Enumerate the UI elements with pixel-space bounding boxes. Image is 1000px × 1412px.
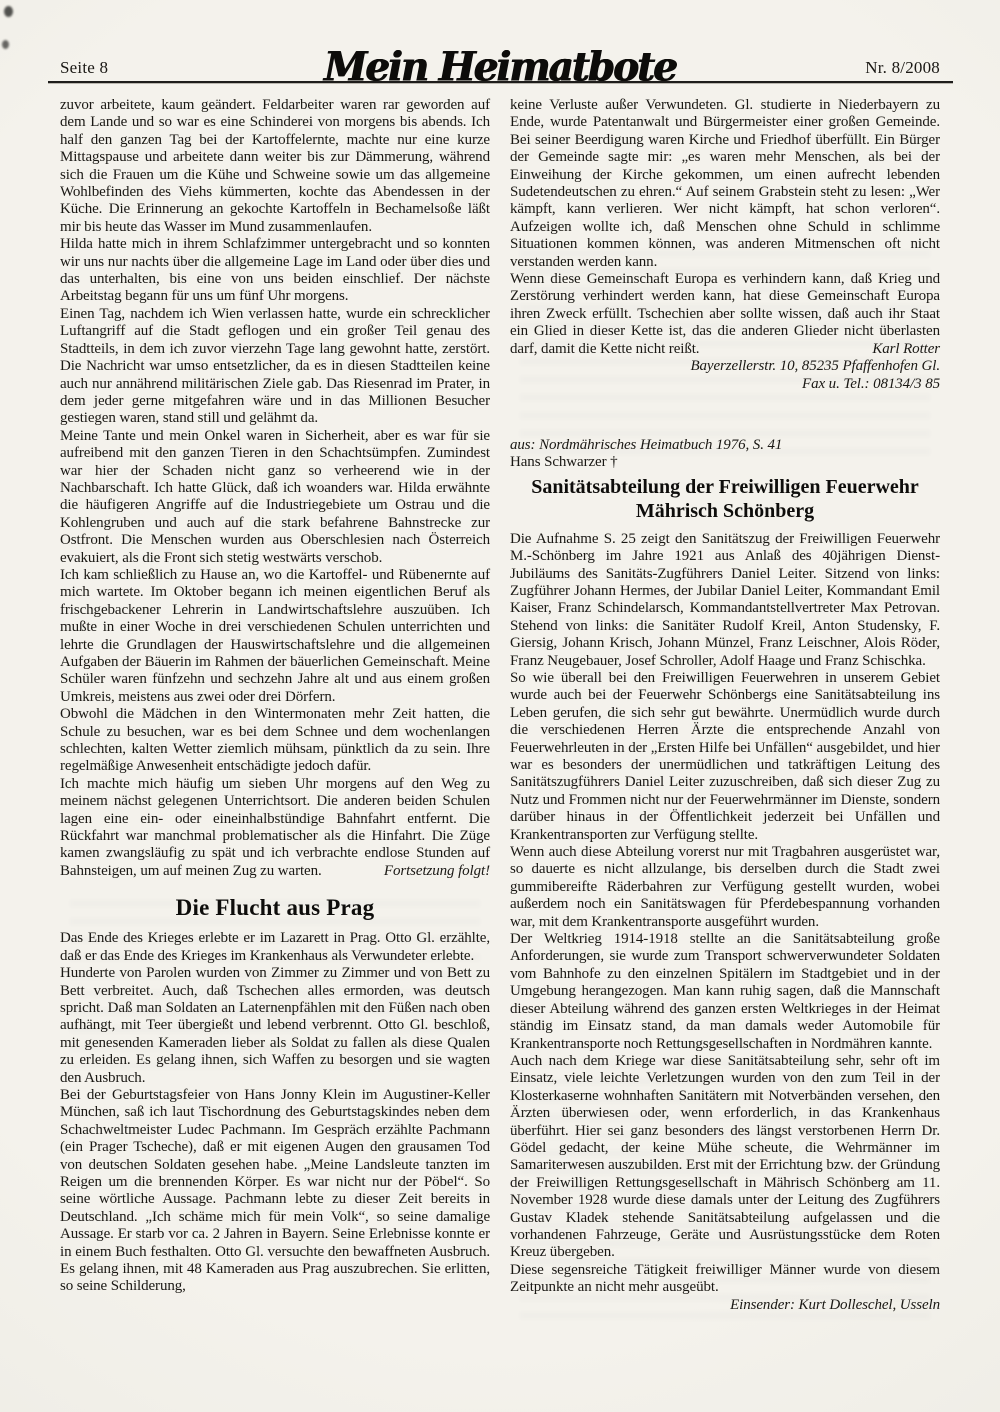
paragraph: zuvor arbeitete, kaum geändert. Feldarbe… [60, 97, 490, 236]
feature-heading-line1: Sanitätsabteilung der Freiwilligen Feuer… [531, 476, 919, 498]
left-column: zuvor arbeitete, kaum geändert. Feldarbe… [60, 97, 490, 1314]
paragraph: Die Aufnahme S. 25 zeigt den Sanitätszug… [510, 531, 940, 670]
page-header: Seite 8 Mein Heimatbote Nr. 8/2008 [0, 0, 1000, 96]
paragraph: Meine Tante und mein Onkel waren in Sich… [60, 428, 490, 567]
paragraph: Hunderte von Parolen wurden von Zimmer z… [60, 965, 490, 1087]
story-heading: Die Flucht aus Prag [60, 895, 490, 921]
submitter-line: Einsender: Kurt Dolleschel, Usseln [510, 1297, 940, 1314]
header-rule [48, 81, 953, 84]
author-line: Hans Schwarzer † [510, 454, 940, 471]
article-columns: zuvor arbeitete, kaum geändert. Feldarbe… [60, 97, 940, 1314]
feature-heading: Sanitätsabteilung der Freiwilligen Feuer… [510, 475, 940, 523]
paragraph: Bei der Geburtstagsfeier von Hans Jonny … [60, 1087, 490, 1296]
source-note: aus: Nordmährisches Heimatbuch 1976, S. … [510, 437, 940, 454]
paragraph: Einen Tag, nachdem ich Wien verlassen ha… [60, 306, 490, 428]
paragraph: Hilda hatte mich in ihrem Schlafzimmer u… [60, 236, 490, 306]
paragraph: Auch nach dem Kriege war diese Sanitätsa… [510, 1053, 940, 1262]
issue-number-label: Nr. 8/2008 [865, 58, 940, 78]
paragraph: Das Ende des Krieges erlebte er im Lazar… [60, 930, 490, 965]
signature-fax: Fax u. Tel.: 08134/3 85 [510, 376, 940, 393]
paragraph: Wenn diese Gemeinschaft Europa es verhin… [510, 271, 940, 358]
paragraph: Wenn auch diese Abteilung vorerst nur mi… [510, 844, 940, 931]
paragraph: Ich machte mich häufig um sieben Uhr mor… [60, 776, 490, 880]
signature-name: Karl Rotter [864, 341, 940, 358]
paragraph: Der Weltkrieg 1914-1918 stellte an die S… [510, 931, 940, 1053]
paragraph: Obwohl die Mädchen in den Wintermonaten … [60, 706, 490, 776]
paragraph: Ich kam schließlich zu Hause an, wo die … [60, 567, 490, 706]
newspaper-page: Seite 8 Mein Heimatbote Nr. 8/2008 zuvor… [0, 0, 1000, 1412]
signature-address: Bayerzellerstr. 10, 85235 Pfaffenhofen G… [510, 358, 940, 375]
continuation-note: Fortsetzung folgt! [376, 863, 490, 880]
feature-heading-line2: Mährisch Schönberg [636, 500, 814, 522]
paragraph: So wie überall bei den Freiwilligen Feue… [510, 670, 940, 844]
right-column: keine Verluste außer Verwundeten. Gl. st… [510, 97, 940, 1314]
paragraph: keine Verluste außer Verwundeten. Gl. st… [510, 97, 940, 271]
paragraph: Diese segensreiche Tätigkeit freiwillige… [510, 1262, 940, 1297]
